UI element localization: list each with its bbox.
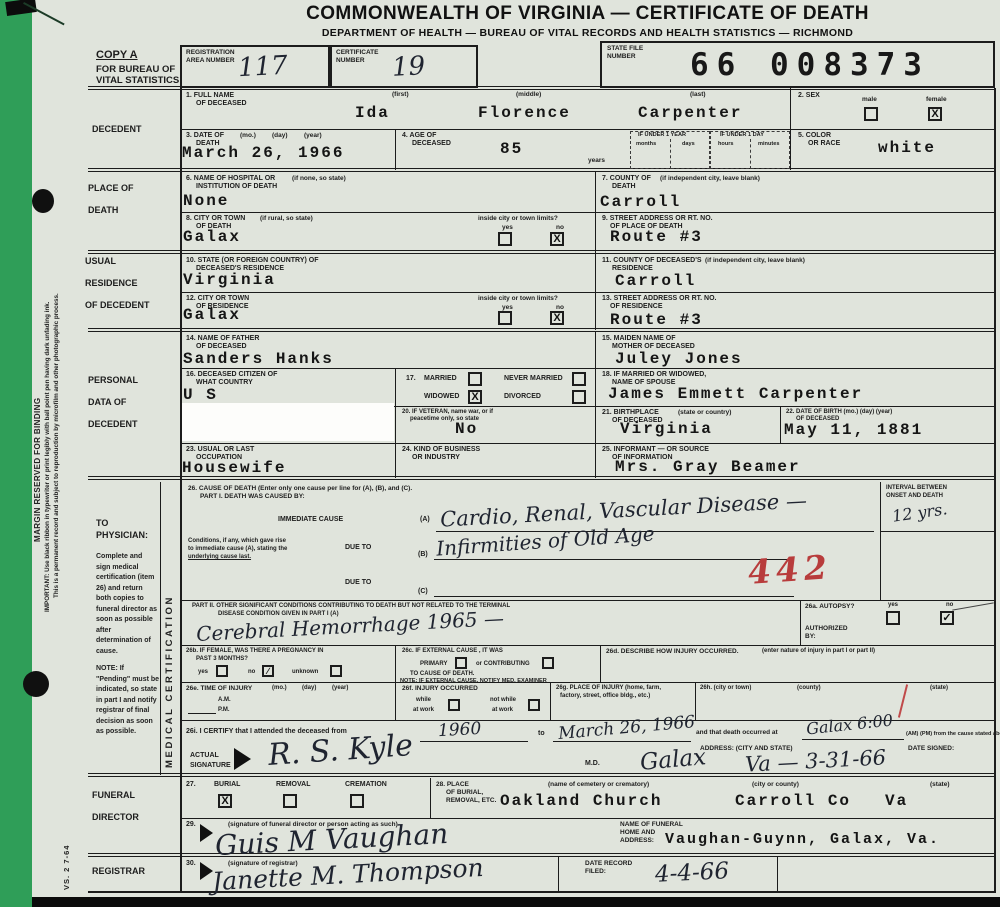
copy-a-label: COPY A (96, 49, 138, 63)
burial-label: BURIAL (214, 781, 240, 790)
certificate-label2: NUMBER (336, 57, 365, 65)
field26b-label2: PAST 3 MONTHS? (196, 656, 248, 664)
veteran-value: No (455, 420, 478, 438)
rule (802, 739, 904, 740)
rule (434, 559, 794, 560)
rule (994, 88, 996, 893)
burial-checkbox: X (218, 794, 232, 808)
rule (180, 682, 995, 683)
autopsy-label: 26a. AUTOPSY? (805, 603, 855, 611)
field26e-am: A.M. (218, 697, 231, 705)
burial-city-hint: (city or county) (752, 781, 799, 789)
cremation-label: CREMATION (345, 781, 387, 790)
burial-city-value: Carroll Co (735, 792, 851, 810)
cemetery-value: Oakland Church (500, 792, 662, 810)
age-unit-label: years (588, 157, 605, 165)
date-filed-label2: FILED: (585, 868, 606, 876)
field1-first-hint: (first) (392, 91, 409, 99)
state-file-value: 66 008373 (690, 47, 930, 83)
margin-binding-text: MARGIN RESERVED FOR BINDING (33, 398, 42, 542)
married-checkbox (468, 372, 482, 386)
date-filed-label1: DATE RECORD (585, 860, 632, 868)
autopsy-yes-label: yes (888, 602, 898, 610)
residence-city-value: Galax (183, 306, 241, 324)
due-to-b-label: DUE TO (345, 544, 371, 553)
cemetery-hint: (name of cemetery or crematory) (548, 781, 649, 789)
section-funeral2: DIRECTOR (92, 812, 139, 823)
mother-name-value: Juley Jones (615, 350, 743, 368)
section-per2: DATA OF (88, 397, 126, 408)
rule (777, 857, 778, 891)
race-value: white (878, 139, 936, 157)
authorized-label1: AUTHORIZED (805, 625, 848, 633)
actual-label: ACTUAL (190, 752, 219, 761)
address-of-death-value: Route #3 (610, 228, 703, 246)
arrow-icon (200, 824, 213, 842)
rule (180, 368, 995, 369)
never-married-checkbox (572, 372, 586, 386)
field8-limits-label: inside city or town limits? (478, 215, 558, 223)
under-1-year-label: IF UNDER 1 YEAR (638, 132, 686, 139)
rule (880, 482, 881, 600)
to-physician-line1: TO (96, 518, 108, 529)
conditions-note1: Conditions, if any, which gave rise (188, 538, 286, 546)
field26d-hint: (enter nature of injury in part I or par… (762, 648, 875, 656)
under-1-day-hours: hours (718, 141, 734, 148)
rule (430, 778, 431, 818)
rule (695, 682, 696, 720)
field28-label1: 28. PLACE (436, 781, 469, 789)
section-per1: PERSONAL (88, 375, 138, 386)
funeral-home-label2: HOME AND (620, 829, 655, 837)
citizen-value: U S (183, 386, 218, 404)
section-place2: DEATH (88, 205, 118, 216)
field1-middle-hint: (middle) (516, 91, 541, 99)
rule (420, 741, 528, 742)
cremation-checkbox (350, 794, 364, 808)
field12-no-checkbox: X (550, 311, 564, 325)
field26e-yr: (year) (332, 685, 348, 693)
rule (750, 139, 751, 169)
removal-label: REMOVAL (276, 781, 310, 790)
last-name-value: Carpenter (638, 104, 742, 122)
section-per3: DECEDENT (88, 419, 138, 430)
arrow-icon (234, 748, 251, 770)
field26e-day: (day) (302, 685, 316, 693)
certificate-subtitle: DEPARTMENT OF HEALTH — BUREAU OF VITAL R… (180, 27, 995, 39)
rule (180, 292, 995, 293)
field5-label2: OR RACE (808, 140, 840, 149)
burial-state-value: Va (885, 792, 908, 810)
field26f-not2: at work (492, 707, 513, 715)
field26c-label1: 26c. IF EXTERNAL CAUSE , IT WAS (402, 648, 503, 656)
field24-label2: OR INDUSTRY (412, 454, 460, 463)
to-physician-note: Complete and sign medical certification … (96, 552, 158, 657)
state-file-label1: STATE FILE (607, 45, 643, 53)
field8-yes-checkbox (498, 232, 512, 246)
informant-value: Mrs. Gray Beamer (615, 458, 801, 476)
date-signed-label: DATE SIGNED: (908, 745, 954, 753)
field8-no-checkbox: X (550, 232, 564, 246)
redaction-box (182, 403, 394, 441)
death-certificate-page: MARGIN RESERVED FOR BINDING IMPORTANT: U… (0, 0, 1000, 907)
sex-female-label: female (926, 96, 947, 104)
field26-label2: PART I. DEATH WAS CAUSED BY: (200, 493, 305, 501)
city-of-death-value: Galax (183, 228, 241, 246)
red-stamp-442: 442 (747, 547, 833, 592)
margin-note-line1: IMPORTANT: Use black ribbon in typewrite… (44, 301, 51, 612)
section-res2: RESIDENCE (85, 278, 138, 289)
registration-value: 117 (237, 51, 288, 84)
field12-yes-checkbox (498, 311, 512, 325)
rule (180, 88, 182, 893)
age-value: 85 (500, 140, 523, 158)
certificate-value: 19 (391, 51, 426, 83)
residence-state-value: Virginia (183, 271, 276, 289)
conditions-note3: underlying cause last. (188, 554, 251, 562)
rule (88, 250, 995, 254)
rule (800, 600, 801, 645)
occurred-at-label: and that death occurred at (696, 729, 778, 737)
authorized-label2: BY: (805, 633, 816, 641)
divorced-checkbox (572, 390, 586, 404)
state-file-label2: NUMBER (607, 53, 636, 61)
field27-num: 27. (186, 781, 196, 790)
field26e-label: 26e. TIME OF INJURY (186, 685, 252, 693)
occupation-value: Housewife (182, 459, 286, 477)
date-of-death-value: March 26, 1966 (182, 144, 344, 162)
rule (88, 773, 995, 777)
rule (180, 645, 995, 646)
field28-label3: REMOVAL, ETC. (446, 797, 496, 805)
binding-green-strip (0, 0, 32, 907)
ampm-text: (AM) (PM) from the cause stated above. (906, 731, 1000, 738)
field12-limits-label: inside city or town limits? (478, 295, 558, 303)
under-1-year-days: days (682, 141, 695, 148)
section-place1: PLACE OF (88, 183, 134, 194)
field26b-label1: 26b. IF FEMALE, WAS THERE A PREGNANCY IN (186, 648, 323, 656)
rule (595, 332, 596, 478)
sex-male-checkbox (864, 107, 878, 121)
middle-name-value: Florence (478, 104, 571, 122)
contributing-label: or CONTRIBUTING (476, 661, 530, 669)
autopsy-yes-checkbox (886, 611, 900, 625)
field21-hint: (state or country) (678, 409, 731, 417)
spouse-name-value: James Emmett Carpenter (608, 385, 863, 403)
md-label: M.D. (585, 760, 600, 769)
hospital-value: None (183, 192, 229, 210)
registration-label1: REGISTRATION (186, 49, 235, 57)
field26h-county: (county) (797, 685, 821, 693)
rule (180, 129, 995, 130)
field26b-yes-label: yes (198, 669, 208, 677)
widowed-label: WIDOWED (424, 393, 459, 402)
section-res3: OF DECEDENT (85, 300, 150, 311)
section-decedent: DECEDENT (92, 124, 142, 135)
rule (188, 713, 216, 714)
pregnancy-yes-checkbox (216, 665, 228, 677)
interval-label1: INTERVAL BETWEEN (886, 485, 947, 493)
field26b-no-label: no (248, 669, 255, 677)
field8-no-label: no (556, 224, 564, 232)
primary-checkbox (455, 657, 467, 669)
residence-address-value: Route #3 (610, 311, 703, 329)
pending-note: NOTE: If "Pending" must be indicated, so… (96, 664, 160, 738)
certify-to-label: to (538, 730, 545, 739)
under-1-year-months: months (636, 141, 656, 148)
field26g-label1: 26g. PLACE OF INJURY (home, farm, (556, 685, 661, 693)
field3-day-hint: (day) (272, 132, 288, 140)
rule (434, 596, 794, 597)
due-to-c-label: DUE TO (345, 579, 371, 588)
funeral-home-value: Vaughan-Guynn, Galax, Va. (665, 831, 940, 848)
rule (670, 139, 671, 169)
rule (600, 645, 601, 682)
rule (395, 645, 396, 720)
rule (180, 818, 995, 819)
section-funeral1: FUNERAL (92, 790, 135, 801)
bottom-black-bar (32, 897, 1000, 907)
to-physician-line2: PHYSICIAN: (96, 530, 148, 541)
field26b-unknown-label: unknown (292, 669, 318, 677)
rule (780, 406, 781, 443)
date-filed-value: 4-4-66 (654, 858, 729, 888)
rule (180, 443, 995, 444)
divorced-label: DIVORCED (504, 393, 541, 402)
field2-label: 2. SEX (798, 92, 820, 101)
rule (558, 857, 559, 891)
field26e-mo: (mo.) (272, 685, 287, 693)
married-label: MARRIED (424, 375, 457, 384)
under-1-day-label: IF UNDER 1 DAY (720, 132, 764, 139)
certificate-label1: CERTIFICATE (336, 49, 379, 57)
injury-not-at-work-checkbox (528, 699, 540, 711)
rule (595, 172, 596, 330)
funeral-home-label1: NAME OF FUNERAL (620, 821, 683, 829)
rule (88, 168, 995, 172)
rule (395, 129, 396, 170)
field30-num: 30. (186, 860, 196, 869)
removal-checkbox (283, 794, 297, 808)
rule (881, 531, 994, 532)
field26f-while2: at work (413, 707, 434, 715)
field11-hint: (if independent city, leave blank) (705, 257, 805, 265)
rule (790, 88, 791, 170)
interval-label2: ONSET AND DEATH (886, 493, 943, 501)
sex-male-label: male (862, 96, 877, 104)
section-medical-certification: MEDICAL CERTIFICATION (164, 595, 175, 768)
field3-year-hint: (year) (304, 132, 322, 140)
rule (88, 328, 995, 332)
field8-yes-label: yes (502, 224, 513, 232)
field26c-note: NOTE: IF EXTERNAL CAUSE, NOTIFY MED. EXA… (400, 678, 547, 685)
cause-c-label: (C) (418, 588, 428, 597)
field6-label2: INSTITUTION OF DEATH (196, 183, 277, 192)
field26h-state: (state) (930, 685, 948, 693)
pregnancy-no-checkbox: ∕ (262, 665, 274, 677)
field6-hint: (if none, so state) (292, 175, 346, 183)
field26h-city: 26h. (city or town) (700, 685, 751, 693)
rule (553, 741, 691, 742)
punch-hole-top (32, 189, 54, 213)
rule (395, 368, 396, 478)
field28-label2: OF BURIAL, (446, 789, 483, 797)
conditions-note2: to immediate cause (A), stating the (188, 546, 287, 554)
cause-a-label: (A) (420, 516, 430, 525)
field3-mo-hint: (mo.) (240, 132, 256, 140)
form-number: VS. 2 7-64 (62, 845, 71, 890)
punch-hole-bottom (23, 671, 49, 697)
field26f-label: 26f. INJURY OCCURRED (402, 685, 478, 693)
primary-label: PRIMARY (420, 661, 447, 669)
immediate-cause-label: IMMEDIATE CAUSE (278, 516, 343, 525)
rule (88, 86, 995, 90)
county-of-death-value: Carroll (600, 193, 681, 211)
field1-label2: OF DECEASED (196, 100, 247, 109)
margin-note-line2: This is a permanent record and subject t… (53, 293, 60, 598)
autopsy-no-label: no (946, 602, 953, 610)
field4-label2: DECEASED (412, 140, 451, 149)
funeral-home-label3: ADDRESS: (620, 837, 654, 845)
field26e-pm: P.M. (218, 707, 230, 715)
rule (180, 600, 995, 601)
pregnancy-unknown-checkbox (330, 665, 342, 677)
sex-female-checkbox: X (928, 107, 942, 121)
field7-hint: (if independent city, leave blank) (660, 175, 760, 183)
field26-label1: 26. CAUSE OF DEATH (Enter only one cause… (188, 485, 412, 493)
rule (550, 682, 551, 720)
widowed-checkbox: X (468, 390, 482, 404)
never-married-label: NEVER MARRIED (504, 375, 563, 384)
date-of-birth-value: May 11, 1881 (784, 421, 923, 439)
burial-state-hint: (state) (930, 781, 950, 789)
certificate-title: COMMONWEALTH OF VIRGINIA — CERTIFICATE O… (180, 3, 995, 25)
registration-label2: AREA NUMBER (186, 57, 235, 65)
attended-from-value: 1960 (438, 719, 482, 741)
injury-at-work-checkbox (448, 699, 460, 711)
field17-num: 17. (406, 375, 416, 384)
first-name-value: Ida (355, 104, 390, 122)
field8-hint: (if rural, so state) (260, 215, 313, 223)
section-registrar: REGISTRAR (92, 866, 145, 877)
field29-num: 29. (186, 821, 196, 830)
field1-last-hint: (last) (690, 91, 706, 99)
contributing-checkbox (542, 657, 554, 669)
field26d-label: 26d. DESCRIBE HOW INJURY OCCURRED. (606, 648, 739, 656)
field26f-not1: not while (490, 697, 516, 705)
section-res1: USUAL (85, 256, 116, 267)
autopsy-no-checkbox: ✓ (940, 611, 954, 625)
field7-label2: DEATH (612, 183, 636, 192)
birthplace-value: Virginia (620, 420, 713, 438)
field26g-label2: factory, street, office bldg., etc.) (560, 693, 650, 701)
cause-b-label: (B) (418, 551, 428, 560)
residence-county-value: Carroll (615, 272, 696, 290)
under-1-day-minutes: minutes (758, 141, 779, 148)
rule (160, 482, 161, 775)
field26f-while1: while (416, 697, 431, 705)
father-name-value: Sanders Hanks (183, 350, 334, 368)
signature-label: SIGNATURE (190, 762, 231, 771)
rule (180, 212, 995, 213)
